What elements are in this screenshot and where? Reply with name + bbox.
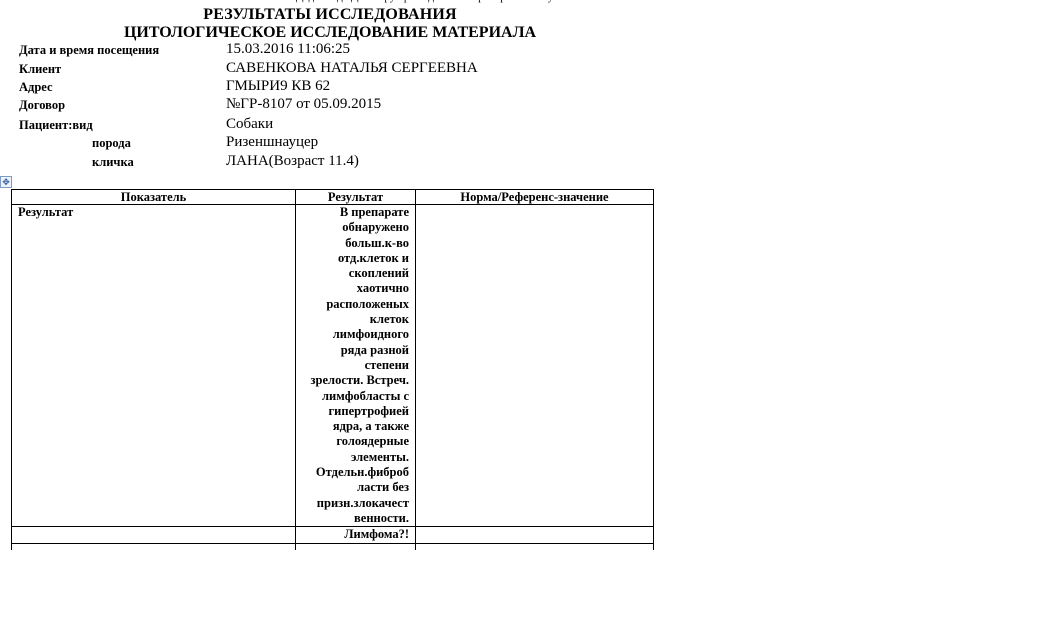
report-subtitle: ЦИТОЛОГИЧЕСКОЕ ИССЛЕДОВАНИЕ МАТЕРИАЛА	[0, 24, 660, 42]
info-row-species: Пациент:вид Собаки	[0, 116, 660, 135]
cell-empty	[12, 544, 296, 551]
name-label: кличка	[92, 155, 134, 170]
name-value: ЛАНА(Возраст 11.4)	[226, 153, 359, 170]
header-reference: Норма/Референс-значение	[416, 190, 654, 205]
table-row: Лимфома?!	[12, 527, 654, 544]
cell-indicator	[12, 527, 296, 544]
info-row-contract: Договор №ГР-8107 от 05.09.2015	[0, 96, 660, 115]
visit-value: 15.03.2016 11:06:25	[226, 41, 350, 58]
species-value: Собаки	[226, 116, 273, 133]
cell-result: В препарате обнаружено больш.к-во отд.кл…	[296, 205, 416, 527]
cell-indicator: Результат	[12, 205, 296, 527]
client-label: Клиент	[19, 62, 61, 77]
table-row-empty	[12, 544, 654, 551]
cell-empty	[296, 544, 416, 551]
breed-value: Ризеншнауцер	[226, 134, 318, 151]
address-label: Адрес	[19, 80, 53, 95]
cell-reference	[416, 527, 654, 544]
info-row-visit: Дата и время посещения 15.03.2016 11:06:…	[0, 41, 660, 60]
header-result: Результат	[296, 190, 416, 205]
cell-reference	[416, 205, 654, 527]
contract-label: Договор	[19, 98, 65, 113]
info-row-address: Адрес ГМЫРИ9 КВ 62	[0, 78, 660, 97]
table-row: Результат В препарате обнаружено больш.к…	[12, 205, 654, 527]
header-indicator: Показатель	[12, 190, 296, 205]
info-row-client: Клиент САВЕНКОВА НАТАЛЬЯ СЕРГЕЕВНА	[0, 60, 660, 79]
cell-result: Лимфома?!	[296, 527, 416, 544]
report-title: РЕЗУЛЬТАТЫ ИССЛЕДОВАНИЯ	[0, 6, 660, 24]
visit-label: Дата и время посещения	[19, 43, 159, 58]
species-label: Пациент:вид	[19, 118, 93, 133]
client-value: САВЕНКОВА НАТАЛЬЯ СЕРГЕЕВНА	[226, 60, 478, 77]
table-header-row: Показатель Результат Норма/Референс-знач…	[12, 190, 654, 205]
document-top-note: Додаток до Договору про надання ветерина…	[296, 0, 674, 3]
breed-label: порода	[92, 136, 131, 151]
cell-empty	[416, 544, 654, 551]
contract-value: №ГР-8107 от 05.09.2015	[226, 96, 381, 113]
table-move-handle-icon[interactable]: ✥	[0, 176, 12, 188]
info-row-breed: порода Ризеншнауцер	[0, 134, 660, 153]
results-table: Показатель Результат Норма/Референс-знач…	[11, 189, 654, 550]
info-row-name: кличка ЛАНА(Возраст 11.4)	[0, 153, 660, 172]
address-value: ГМЫРИ9 КВ 62	[226, 78, 330, 95]
